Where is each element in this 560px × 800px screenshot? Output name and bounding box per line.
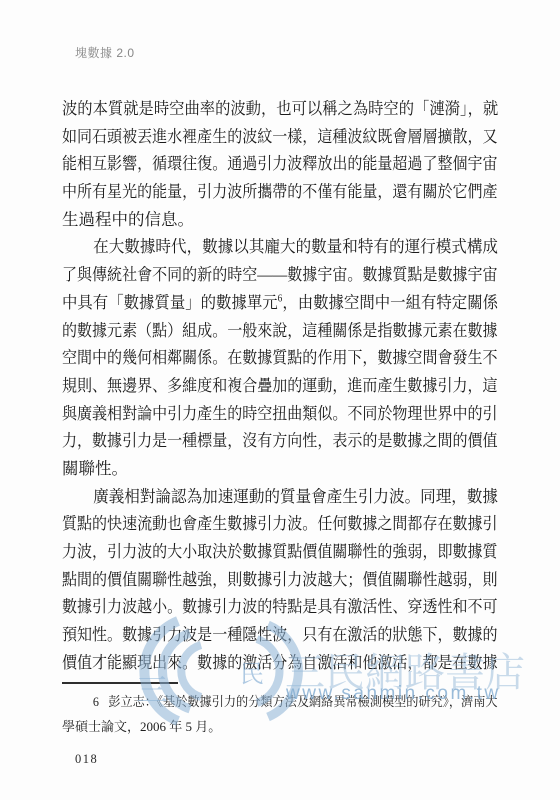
body-line: 了與傳統社會不同的新的時空——數據宇宙。數據質點是數據宇宙 — [62, 261, 459, 289]
body-line: 生過程中的信息。 — [62, 206, 498, 234]
body-line: 在大數據時代，數據以其龐大的數量和特有的運行模式構成 — [62, 233, 473, 261]
body-line: 波的本質就是時空曲率的波動，也可以稱之為時空的「漣漪」，就 — [62, 95, 466, 123]
footnote-separator — [62, 682, 178, 684]
body-text: 波的本質就是時空曲率的波動，也可以稱之為時空的「漣漪」，就 如同石頭被丟進水裡產… — [62, 95, 498, 676]
body-line: 質點的快速流動也會產生數據引力波。任何數據之間都存在數據引 — [62, 510, 459, 538]
body-line: 數據引力波越小。數據引力波的特點是具有激活性、穿透性和不可 — [62, 593, 459, 621]
body-line: 預知性。數據引力波是一種隱性波，只有在激活的狀態下，數據的 — [62, 621, 459, 649]
body-line: 廣義相對論認為加速運動的質量會產生引力波。同理，數據 — [62, 483, 473, 511]
running-head: 塊數據 2.0 — [75, 44, 135, 61]
body-line: 力波，引力波的大小取決於數據質點價值關聯性的強弱，即數據質 — [62, 538, 459, 566]
footnote-line: 6彭立志：《基於數據引力的分類方法及網絡異常檢測模型的研究》，濟南大 — [62, 689, 470, 714]
body-line: 空間中的幾何相鄰關係。在數據質點的作用下，數據空間會發生不 — [62, 344, 459, 372]
footnote-line: 學碩士論文，2006 年 5 月。 — [62, 714, 498, 739]
body-line: 中具有「數據質量」的數據單元6，由數據空間中一組有特定關係 — [62, 289, 469, 317]
body-line: 中所有星光的能量，引力波所攜帶的不僅有能量，還有關於它們產 — [62, 178, 459, 206]
book-page: 塊數據 2.0 波的本質就是時空曲率的波動，也可以稱之為時空的「漣漪」，就 如同… — [0, 0, 560, 800]
footnote: 6彭立志：《基於數據引力的分類方法及網絡異常檢測模型的研究》，濟南大 學碩士論文… — [62, 689, 498, 739]
body-line: 價值才能顯現出來。數據的激活分為自激活和他激活，都是在數據 — [62, 649, 459, 677]
body-line: 能相互影響，循環往復。通過引力波釋放出的能量超過了整個宇宙 — [62, 150, 459, 178]
footnote-text: 彭立志：《基於數據引力的分類方法及網絡異常檢測模型的研究》，濟南大 — [108, 694, 497, 709]
body-line: 的數據元素（點）組成。一般來說，這種關係是指數據元素在數據 — [62, 317, 459, 345]
body-line: 點間的價值關聯性越強，則數據引力波越大；價值關聯性越弱，則 — [62, 566, 459, 594]
body-line: 如同石頭被丟進水裡產生的波紋一樣，這種波紋既會層層擴散，又 — [62, 123, 459, 151]
body-line: 規則、無邊界、多維度和複合疊加的運動，進而產生數據引力，這 — [62, 372, 459, 400]
page-number: 018 — [75, 752, 98, 767]
body-line: 關聯性。 — [62, 455, 498, 483]
body-line: 與廣義相對論中引力產生的時空扭曲類似。不同於物理世界中的引 — [62, 400, 459, 428]
footnote-marker: 6 — [93, 694, 99, 709]
body-line-segment: ，由數據空間中一組有特定關係 — [282, 293, 498, 312]
body-line: 力，數據引力是一種標量，沒有方向性，表示的是數據之間的價值 — [62, 427, 459, 455]
body-line-segment: 中具有「數據質量」的數據單元 — [62, 293, 278, 312]
